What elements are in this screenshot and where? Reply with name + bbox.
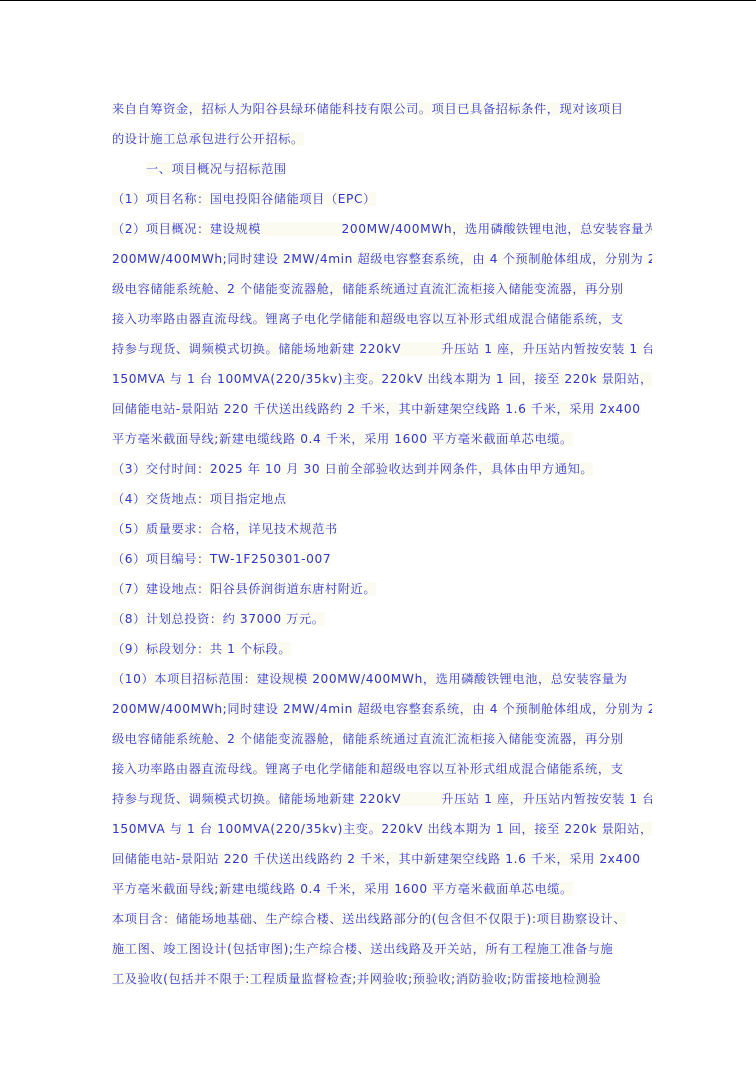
paragraph-line: 接入功率路由器直流母线。锂离子电化学储能和超级电容以互补形式组成混合储能系统，支 <box>112 754 652 784</box>
scope-detail-line: 本项目含：储能场地基础、生产综合楼、送出线路部分的(包含但不仅限于):项目勘察设… <box>112 904 652 934</box>
item-delivery-location: （4）交货地点：项目指定地点 <box>112 484 652 514</box>
paragraph-line: 150MVA 与 1 台 100MVA(220/35kv)主变。220kV 出线… <box>112 364 652 394</box>
paragraph-line: 级电容储能系统舱、2 个储能变流器舱，储能系统通过直流汇流柜接入储能变流器，再分… <box>112 724 652 754</box>
paragraph-line: 回储能电站-景阳站 220 千伏送出线路约 2 千米，其中新建架空线路 1.6 … <box>112 844 652 874</box>
paragraph-line: 持参与现货、调频模式切换。储能场地新建 220kV 升压站 1 座，升压站内暂按… <box>112 334 652 364</box>
item-bidding-scope: （10）本项目招标范围：建设规模 200MW/400MWh，选用磷酸铁锂电池，总… <box>112 664 652 694</box>
item-quality-requirement: （5）质量要求：合格，详见技术规范书 <box>112 514 652 544</box>
item-construction-site: （7）建设地点：阳谷县侨润街道东唐村附近。 <box>112 574 652 604</box>
item-project-overview: （2）项目概况：建设规模 200MW/400MWh，选用磷酸铁锂电池，总安装容量… <box>112 214 652 244</box>
item-lot-division: （9）标段划分：共 1 个标段。 <box>112 634 652 664</box>
scope-detail-line: 施工图、竣工图设计(包括审图);生产综合楼、送出线路及开关站，所有工程施工准备与… <box>112 934 652 964</box>
section-heading: 一、项目概况与招标范围 <box>112 154 652 184</box>
paragraph-line: 200MW/400MWh;同时建设 2MW/4min 超级电容整套系统，由 4 … <box>112 244 652 274</box>
top-border-line <box>0 0 756 1</box>
document-page: 来自自筹资金，招标人为阳谷县绿环储能科技有限公司。项目已具备招标条件，现对该项目… <box>112 94 652 994</box>
paragraph-line: 的设计施工总承包进行公开招标。 <box>112 124 652 154</box>
paragraph-line: 持参与现货、调频模式切换。储能场地新建 220kV 升压站 1 座，升压站内暂按… <box>112 784 652 814</box>
scope-detail-line: 工及验收(包括并不限于:工程质量监督检查;并网验收;预验收;消防验收;防雷接地检… <box>112 964 652 994</box>
paragraph-line: 200MW/400MWh;同时建设 2MW/4min 超级电容整套系统，由 4 … <box>112 694 652 724</box>
paragraph-line: 回储能电站-景阳站 220 千伏送出线路约 2 千米，其中新建架空线路 1.6 … <box>112 394 652 424</box>
paragraph-line: 平方毫米截面导线;新建电缆线路 0.4 千米，采用 1600 平方毫米截面单芯电… <box>112 424 652 454</box>
paragraph-line: 平方毫米截面导线;新建电缆线路 0.4 千米，采用 1600 平方毫米截面单芯电… <box>112 874 652 904</box>
paragraph-line: 150MVA 与 1 台 100MVA(220/35kv)主变。220kV 出线… <box>112 814 652 844</box>
item-planned-investment: （8）计划总投资：约 37000 万元。 <box>112 604 652 634</box>
paragraph-line: 接入功率路由器直流母线。锂离子电化学储能和超级电容以互补形式组成混合储能系统，支 <box>112 304 652 334</box>
item-project-name: （1）项目名称：国电投阳谷储能项目（EPC） <box>112 184 652 214</box>
item-project-number: （6）项目编号：TW-1F250301-007 <box>112 544 652 574</box>
item-delivery-time: （3）交付时间：2025 年 10 月 30 日前全部验收达到并网条件，具体由甲… <box>112 454 652 484</box>
paragraph-line: 级电容储能系统舱、2 个储能变流器舱，储能系统通过直流汇流柜接入储能变流器，再分… <box>112 274 652 304</box>
paragraph-line: 来自自筹资金，招标人为阳谷县绿环储能科技有限公司。项目已具备招标条件，现对该项目 <box>112 94 652 124</box>
